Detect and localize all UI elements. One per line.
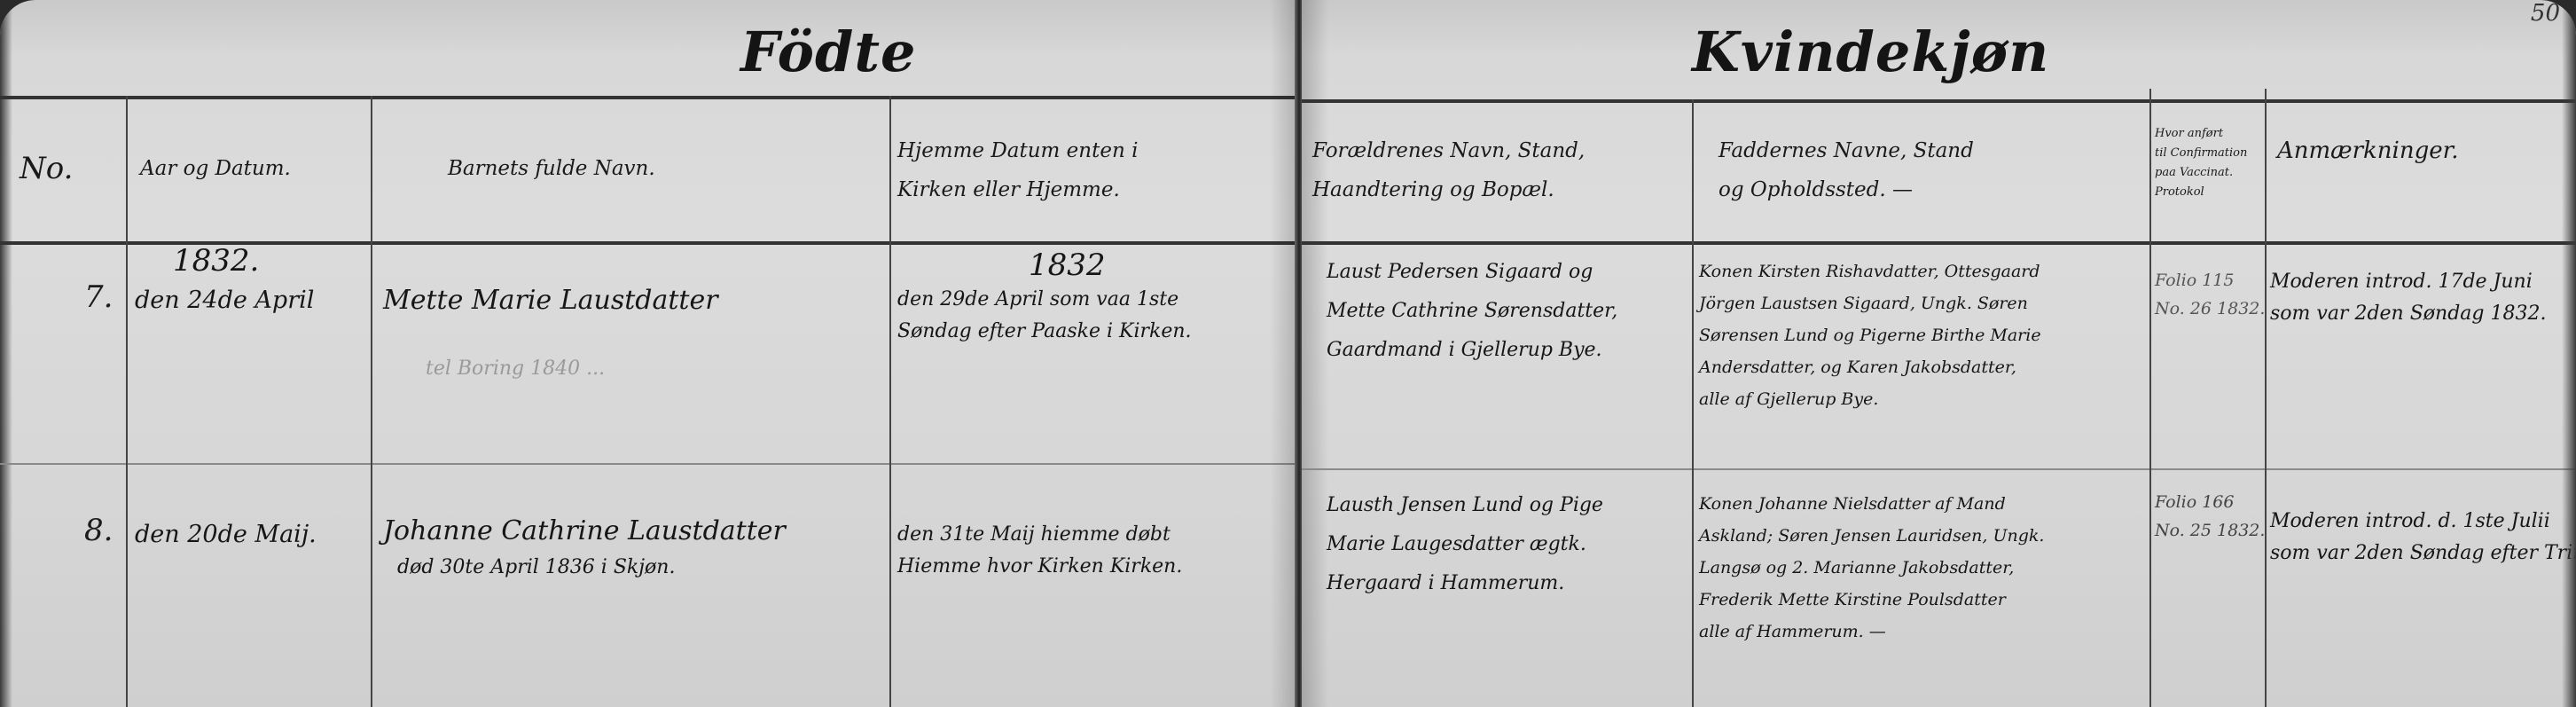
page-edge-shadow xyxy=(2562,0,2576,707)
header-baptism: Hjemme Datum enten i Kirken eller Hjemme… xyxy=(897,131,1138,209)
record-number: 8. xyxy=(84,513,113,548)
register-spread: Födte No. Aar og Datum. Barnets fulde Na… xyxy=(0,0,2576,707)
header-parents: Forældrenes Navn, Stand, Haandtering og … xyxy=(1312,131,1585,209)
record-baptism: den 29de April som vaa 1ste Søndag efter… xyxy=(897,284,1192,348)
record-vaccination: Folio 115 No. 26 1832. xyxy=(2155,266,2265,323)
page-number: 50 xyxy=(2531,0,2560,27)
record-remarks: Moderen introd. d. 1ste Julii som var 2d… xyxy=(2270,506,2576,570)
record-year: 1832. xyxy=(173,242,259,279)
header-date: Aar og Datum. xyxy=(140,149,291,188)
record-vaccination: Folio 166 No. 25 1832. xyxy=(2155,488,2265,545)
header-top-rule xyxy=(0,96,1296,99)
record-birth-date: den 20de Maij. xyxy=(135,516,317,554)
record-child-note: tel Boring 1840 ... xyxy=(426,350,605,388)
record-baptism: den 31te Maij hiemme døbt Hiemme hvor Ki… xyxy=(897,519,1182,583)
header-vaccination: Hvor anført til Confirmation paa Vaccina… xyxy=(2155,124,2247,202)
col-divider xyxy=(889,96,891,707)
left-page-title: Födte xyxy=(740,20,916,84)
left-page: Födte No. Aar og Datum. Barnets fulde Na… xyxy=(0,0,1296,707)
header-baptism-line1: Hjemme Datum enten i xyxy=(897,131,1138,170)
record-godparents: Konen Johanne Nielsdatter af Mand Asklan… xyxy=(1699,488,2044,648)
record-child-note: død 30te April 1836 i Skjøn. xyxy=(397,552,675,584)
record-godparents: Konen Kirsten Rishavdatter, Ottesgaard J… xyxy=(1699,255,2041,415)
header-baptism-line2: Kirken eller Hjemme. xyxy=(897,170,1138,209)
record-child-name: Johanne Cathrine Laustdatter xyxy=(383,513,786,550)
col-divider xyxy=(371,96,372,707)
row-divider xyxy=(0,463,1296,465)
col-divider xyxy=(2149,89,2151,707)
row-divider xyxy=(1302,468,2576,470)
right-page: Kvindekjøn 50 Forældrenes Navn, Stand, H… xyxy=(1302,0,2576,707)
header-child-name: Barnets fulde Navn. xyxy=(448,149,655,188)
record-child-name: Mette Marie Laustdatter xyxy=(383,282,718,319)
right-page-title: Kvindekjøn xyxy=(1692,20,2049,84)
record-remarks: Moderen introd. 17de Juni som var 2den S… xyxy=(2270,266,2546,330)
header-remarks: Anmærkninger. xyxy=(2277,131,2458,170)
col-divider xyxy=(2265,89,2267,707)
record-parents: Laust Pedersen Sigaard og Mette Cathrine… xyxy=(1327,253,1617,370)
record-parents: Lausth Jensen Lund og Pige Marie Laugesd… xyxy=(1327,486,1603,603)
header-godparents: Faddernes Navne, Stand og Opholdssted. — xyxy=(1719,131,1974,209)
record-birth-date: den 24de April xyxy=(135,282,314,319)
col-divider xyxy=(126,96,128,707)
header-top-rule xyxy=(1302,99,2576,103)
record-baptism-year: 1832 xyxy=(1029,247,1106,284)
col-divider xyxy=(1692,99,1694,707)
record-number: 7. xyxy=(84,279,113,315)
header-bottom-rule xyxy=(1302,241,2576,245)
header-number: No. xyxy=(20,149,73,188)
